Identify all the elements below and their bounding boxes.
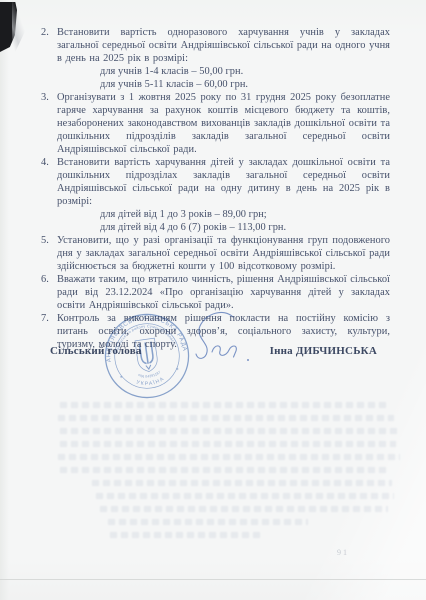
bleedthrough-line: [110, 532, 260, 538]
item-subline: для дітей від 4 до 6 (7) років – 113,00 …: [57, 221, 390, 234]
bleedthrough-line: [58, 454, 400, 460]
item-text: Установити, що у разі організації та фун…: [57, 234, 390, 273]
stamp-code-text: код 04391187: [137, 370, 162, 380]
signatory-name: Інна ДИБЧИНСЬКА: [270, 345, 377, 357]
scan-corner-artifact: [0, 2, 17, 52]
list-item: 2.Встановити вартість одноразового харчу…: [41, 26, 390, 91]
faint-pencil-mark: 91: [337, 548, 349, 557]
bleedthrough-line: [60, 467, 390, 473]
list-item: 6.Вважати таким, що втратило чинність, р…: [41, 273, 390, 312]
list-item: 5.Установити, що у разі організації та ф…: [41, 234, 390, 273]
bleedthrough-line: [60, 441, 396, 447]
bleedthrough-line: [58, 415, 394, 421]
bleedthrough-line: [92, 480, 392, 486]
scanned-document-page: 2.Встановити вартість одноразового харчу…: [0, 0, 426, 600]
bleedthrough-line: [100, 506, 388, 512]
item-text: Встановити вартість харчування дітей у з…: [57, 156, 390, 208]
item-subline: для учнів 5-11 класів – 60,00 грн.: [57, 78, 390, 91]
item-text: Організувати з 1 жовтня 2025 року по 31 …: [57, 91, 390, 156]
item-number: 5.: [41, 234, 57, 273]
bleedthrough-line: [60, 428, 400, 434]
document-body: 2.Встановити вартість одноразового харчу…: [41, 26, 390, 351]
stamp-star-right: ✶: [175, 366, 179, 371]
item-subline: для дітей від 1 до 3 років – 89,00 грн;: [57, 208, 390, 221]
item-number: 2.: [41, 26, 57, 91]
item-subline: для учнів 1-4 класів – 50,00 грн.: [57, 65, 390, 78]
signatory-title: Сільський голова: [50, 345, 142, 357]
item-number: 3.: [41, 91, 57, 156]
list-item: 4.Встановити вартість харчування дітей у…: [41, 156, 390, 234]
item-text: Встановити вартість одноразового харчува…: [57, 26, 390, 65]
bleedthrough-line: [60, 402, 390, 408]
signature-row: Сільський голова Інна ДИБЧИНСЬКА: [50, 345, 377, 357]
item-text: Вважати таким, що втратило чинність, ріш…: [57, 273, 390, 312]
item-number: 6.: [41, 273, 57, 312]
list-item: 3.Організувати з 1 жовтня 2025 року по 3…: [41, 91, 390, 156]
bleedthrough-line: [108, 519, 308, 525]
stamp-star-left: ✶: [119, 374, 123, 379]
scan-artifact-line: [0, 579, 426, 580]
item-number: 4.: [41, 156, 57, 234]
stamp-country-text: УКРАЇНА: [135, 375, 167, 389]
bleedthrough-line: [96, 493, 394, 499]
